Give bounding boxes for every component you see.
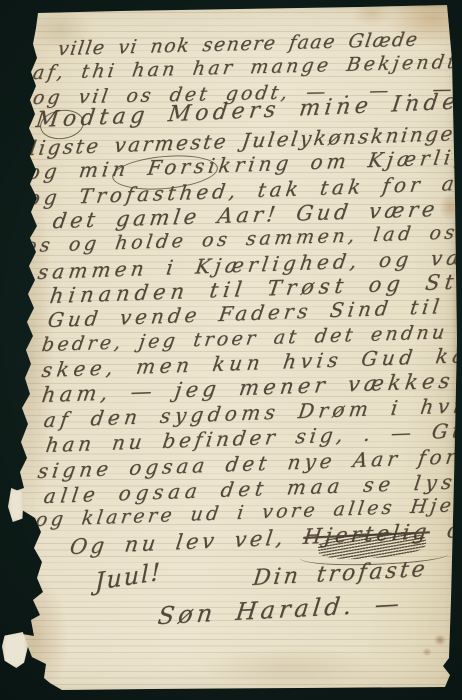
letter-page: ville vi nok senere faae Glæde af, thi h… <box>0 0 462 700</box>
torn-paper-fragment-left <box>8 488 24 522</box>
jul-greeting: Juul! <box>95 557 163 596</box>
closing-prefix: Og nu lev vel, <box>68 525 287 559</box>
torn-paper-fragment-bottom-left <box>2 632 28 668</box>
closing-suffix: og <box>445 517 462 543</box>
signature: Søn Harald. — <box>156 589 404 630</box>
letter-photo: ville vi nok senere faae Glæde af, thi h… <box>0 0 462 700</box>
